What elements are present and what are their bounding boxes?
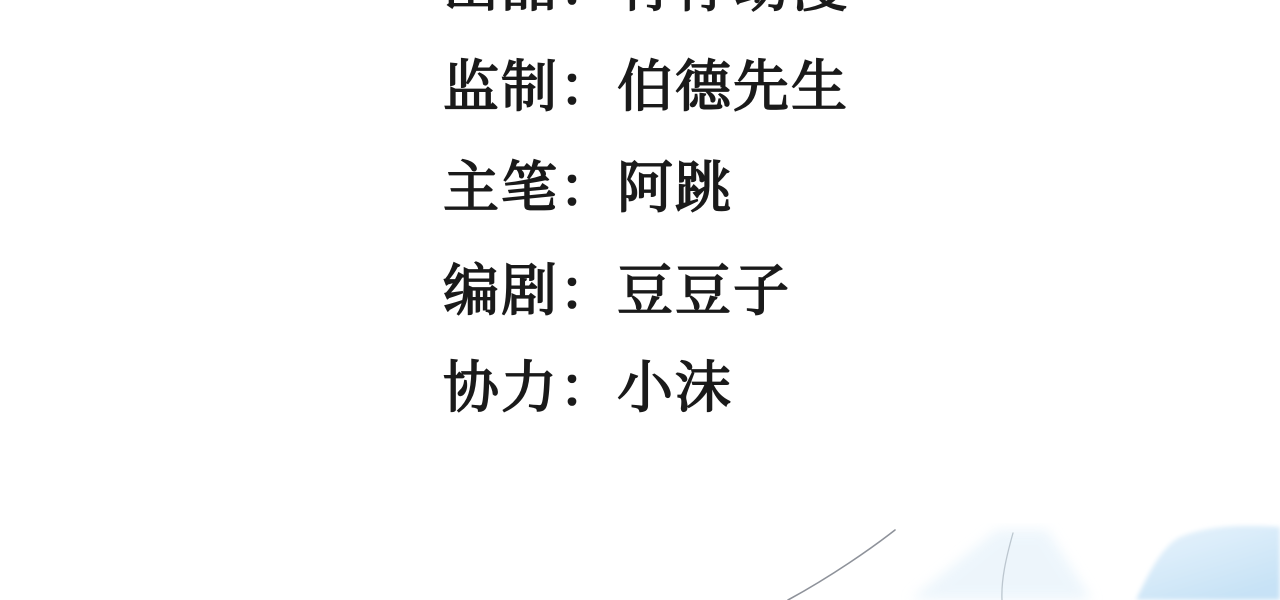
hair-strand-line-faint (1002, 533, 1013, 600)
credits-page: 出品：青柠动漫 监制：伯德先生 主笔：阿跳 编剧：豆豆子 协力：小沫 (0, 0, 1280, 600)
credit-line-lead-artist: 主笔：阿跳 (443, 161, 733, 217)
pale-blue-wash-shape (910, 530, 1092, 600)
credit-line-screenwriter: 编剧：豆豆子 (443, 264, 791, 320)
next-panel-artwork (760, 518, 1280, 600)
credit-line-supervisor: 监制：伯德先生 (443, 60, 849, 116)
hair-strand-line (788, 530, 895, 600)
credit-line-production: 出品：青柠动漫 (443, 0, 849, 16)
blue-corner-blob-shape (1136, 526, 1280, 600)
credit-line-assistant: 协力：小沫 (443, 361, 733, 417)
